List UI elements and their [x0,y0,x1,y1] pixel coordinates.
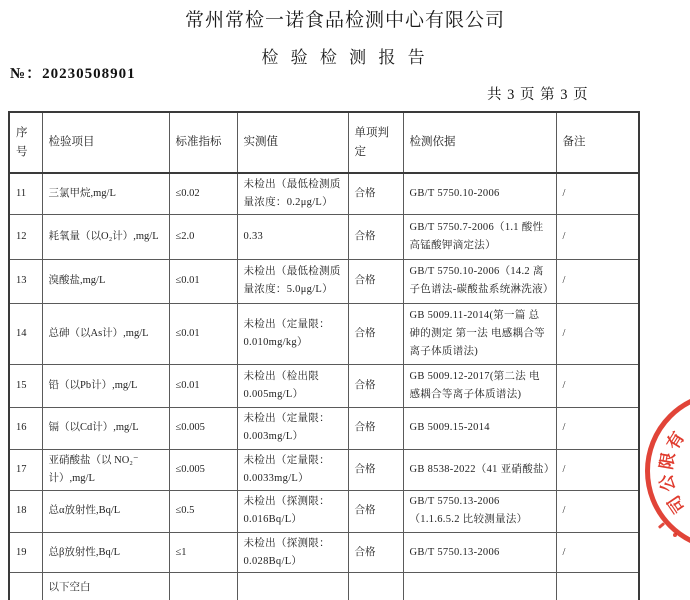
cell-measured: 0.33 [237,214,348,259]
col-header-remark: 备注 [556,112,639,173]
seal-char: 有 [664,429,689,454]
cell-basis: GB/T 5750.13-2006 [403,532,556,573]
cell-no: 15 [9,364,42,407]
cell-standard [169,573,237,600]
seal-mark [673,533,677,537]
cell-judgement: 合格 [348,303,403,364]
cell-no [9,573,42,600]
cell-measured: 未检出（检出限 0.005mg/L） [237,364,348,407]
cell-judgement [348,573,403,600]
seal-char: 限 [658,451,679,472]
cell-remark: / [556,259,639,303]
cell-basis: GB/T 5750.13-2006（1.1.6.5.2 比较测量法） [403,490,556,532]
table-row: 19 总β放射性,Bq/L ≤1 未检出（探测限：0.028Bq/L） 合格 G… [9,532,639,573]
cell-standard: ≤0.005 [169,449,237,490]
cell-standard: ≤0.01 [169,303,237,364]
cell-judgement: 合格 [348,214,403,259]
table-header-row: 序号 检验项目 标准指标 实测值 单项判定 检测依据 备注 [9,112,639,173]
cell-item: 总β放射性,Bq/L [42,532,169,573]
table-row: 11 三氯甲烷,mg/L ≤0.02 未检出（最低检测质量浓度：0.2μg/L）… [9,173,639,214]
cell-judgement: 合格 [348,532,403,573]
table-row: 13 溴酸盐,mg/L ≤0.01 未检出（最低检测质量浓度：5.0μg/L） … [9,259,639,303]
cell-no: 11 [9,173,42,214]
table-row-blank: 以下空白 [9,573,639,600]
table-row: 17 亚硝酸盐（以 NO₂⁻ 计）,mg/L ≤0.005 未检出（定量限：0.… [9,449,639,490]
cell-no: 19 [9,532,42,573]
cell-basis: GB 5009.15-2014 [403,407,556,449]
cell-remark: / [556,532,639,573]
cell-item: 溴酸盐,mg/L [42,259,169,303]
cell-standard: ≤2.0 [169,214,237,259]
cell-judgement: 合格 [348,173,403,214]
cell-basis: GB 8538-2022（41 亚硝酸盐） [403,449,556,490]
cell-no: 17 [9,449,42,490]
cell-remark: / [556,449,639,490]
cell-item: 以下空白 [42,573,169,600]
seal-mark [658,522,665,529]
cell-remark [556,573,639,600]
col-header-item: 检验项目 [42,112,169,173]
cell-measured: 未检出（最低检测质量浓度：5.0μg/L） [237,259,348,303]
company-name: 常州常检一诺食品检测中心有限公司 [0,5,690,32]
col-header-judgement: 单项判定 [348,112,403,173]
cell-item: 总α放射性,Bq/L [42,490,169,532]
cell-judgement: 合格 [348,259,403,303]
cell-measured [237,573,348,600]
cell-no: 16 [9,407,42,449]
cell-measured: 未检出（定量限：0.003mg/L） [237,407,348,449]
cell-measured: 未检出（定量限：0.010mg/kg） [237,303,348,364]
seal-ring [645,391,690,551]
cell-no: 14 [9,303,42,364]
table-row: 15 铅（以Pb计）,mg/L ≤0.01 未检出（检出限 0.005mg/L）… [9,364,639,407]
cell-item: 总砷（以As计）,mg/L [42,303,169,364]
cell-item: 铅（以Pb计）,mg/L [42,364,169,407]
cell-no: 12 [9,214,42,259]
seal-char: 公 [657,472,678,493]
cell-item: 亚硝酸盐（以 NO₂⁻ 计）,mg/L [42,449,169,490]
cell-remark: / [556,364,639,407]
col-header-no: 序号 [9,112,42,173]
company-seal-stamp: 有 限 公 司 [645,391,690,551]
table-row: 18 总α放射性,Bq/L ≤0.5 未检出（探测限：0.016Bq/L） 合格… [9,490,639,532]
cell-standard: ≤0.01 [169,364,237,407]
seal-char: 司 [665,492,690,517]
cell-standard: ≤0.005 [169,407,237,449]
cell-basis: GB/T 5750.10-2006 [403,173,556,214]
cell-standard: ≤0.01 [169,259,237,303]
cell-judgement: 合格 [348,407,403,449]
cell-basis: GB 5009.11-2014(第一篇 总砷的测定 第一法 电感耦合等离子体质谱… [403,303,556,364]
cell-judgement: 合格 [348,364,403,407]
table-row: 12 耗氧量（以O₂计）,mg/L ≤2.0 0.33 合格 GB/T 5750… [9,214,639,259]
cell-basis: GB 5009.12-2017(第二法 电感耦合等离子体质谱法) [403,364,556,407]
cell-item: 耗氧量（以O₂计）,mg/L [42,214,169,259]
cell-no: 18 [9,490,42,532]
cell-judgement: 合格 [348,490,403,532]
page-indicator: 共 3 页 第 3 页 [487,83,589,104]
cell-remark: / [556,214,639,259]
report-number: №：20230508901 [10,62,136,83]
cell-measured: 未检出（探测限：0.028Bq/L） [237,532,348,573]
cell-remark: / [556,173,639,214]
cell-judgement: 合格 [348,449,403,490]
cell-item: 镉（以Cd计）,mg/L [42,407,169,449]
cell-measured: 未检出（最低检测质量浓度：0.2μg/L） [237,173,348,214]
cell-measured: 未检出（定量限：0.0033mg/L） [237,449,348,490]
cell-basis: GB/T 5750.7-2006（1.1 酸性高锰酸钾滴定法） [403,214,556,259]
cell-basis [403,573,556,600]
cell-standard: ≤0.02 [169,173,237,214]
cell-remark: / [556,303,639,364]
cell-item: 三氯甲烷,mg/L [42,173,169,214]
col-header-basis: 检测依据 [403,112,556,173]
col-header-measured: 实测值 [237,112,348,173]
cell-remark: / [556,490,639,532]
table-row: 16 镉（以Cd计）,mg/L ≤0.005 未检出（定量限：0.003mg/L… [9,407,639,449]
table-row: 14 总砷（以As计）,mg/L ≤0.01 未检出（定量限：0.010mg/k… [9,303,639,364]
cell-remark: / [556,407,639,449]
inspection-table: 序号 检验项目 标准指标 实测值 单项判定 检测依据 备注 11 三氯甲烷,mg… [8,111,640,600]
cell-standard: ≤1 [169,532,237,573]
cell-measured: 未检出（探测限：0.016Bq/L） [237,490,348,532]
cell-no: 13 [9,259,42,303]
col-header-standard: 标准指标 [169,112,237,173]
cell-standard: ≤0.5 [169,490,237,532]
cell-basis: GB/T 5750.10-2006（14.2 离子色谱法-碳酸盐系统淋洗液） [403,259,556,303]
